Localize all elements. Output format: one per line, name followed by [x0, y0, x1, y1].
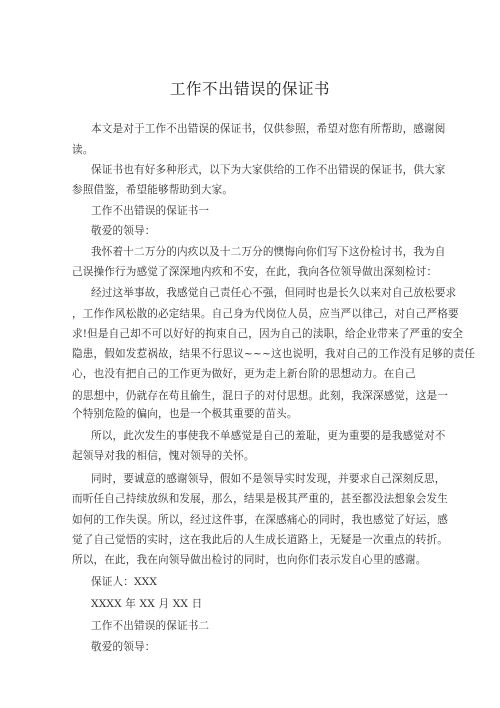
- text-line: 所以，在此，我在向领导做出检讨的同时，也向你们表示发自心里的感谢。: [72, 552, 427, 567]
- text-line: 经过这举事故，我感觉自己责任心不强，但同时也是长久以来对自己放松要求: [91, 285, 456, 300]
- text-line: 我怀着十二万分的内疚以及十二万分的懊悔向你们写下这份检讨书，我为自: [91, 244, 446, 259]
- text-line: 心，也没有把自己的工作更为做好，更为走上新台阶的思想动力。在自己: [72, 366, 416, 381]
- text-line: 而听任自己持续放纵和发展，那么，结果是极其严重的，甚至都没法想象会发生: [72, 491, 448, 506]
- text-line: 如何的工作失误。所以，经过这件事，在深感痛心的同时，我也感觉了好运，感: [72, 512, 448, 527]
- text-line: 隐患，假如发惹祸故，结果不行思议~~~这也说明，我对自己的工作没有足够的责任: [72, 346, 475, 361]
- text-line: 参照借鉴，希望能够帮助到大家。: [72, 182, 233, 197]
- text-line: 同时，要诚意的感谢领导，假如不是领导实时发现，并要求自己深刻反思，: [91, 471, 446, 486]
- text-line: 起领导对我的相信，愧对领导的关怀。: [72, 448, 255, 463]
- text-line: ，工作作风松散的必定结果。自己身为代岗位人员，应当严以律己，对自己严格要: [72, 306, 459, 321]
- text-line: 敬爱的领导：: [91, 223, 155, 238]
- text-line: 工作不出错误的保证书一: [91, 203, 209, 218]
- document-title: 工作不出错误的保证书: [0, 77, 500, 99]
- text-line: 所以，此次发生的事使我不单感觉是自己的羞耻，更为重要的是我感觉对不: [91, 428, 446, 443]
- text-line: 本文是对于工作不出错误的保证书，仅供参照，希望对您有所帮助，感谢阅: [91, 121, 446, 136]
- text-line: 保证书也有好多种形式，以下为大家供给的工作不出错误的保证书，供大家: [91, 162, 446, 177]
- text-line: XXXX 年 XX 月 XX 日: [91, 596, 202, 611]
- text-line: 敬爱的领导：: [91, 639, 155, 654]
- text-line: 工作不出错误的保证书二: [91, 618, 209, 633]
- text-line: 求!但是自己却不可以好好的拘束自己，因为自己的渎职，给企业带来了严重的安全: [72, 326, 463, 341]
- text-line: 保证人：XXX: [91, 574, 157, 589]
- text-line: 觉了自己觉悟的实时，这在我此后的人生成长道路上，无疑是一次重点的转折。: [72, 532, 448, 547]
- text-line: 读。: [72, 142, 94, 157]
- text-line: 己误操作行为感觉了深深地内疚和不安，在此，我向各位领导做出深刻检讨：: [72, 264, 437, 279]
- text-line: 个特别危险的偏向，也是一个极其重要的苗头。: [72, 406, 298, 421]
- text-line: 的思想中，仍就存在苟且偷生，混日子的对付思想。此刻，我深深感觉，这是一: [72, 388, 448, 403]
